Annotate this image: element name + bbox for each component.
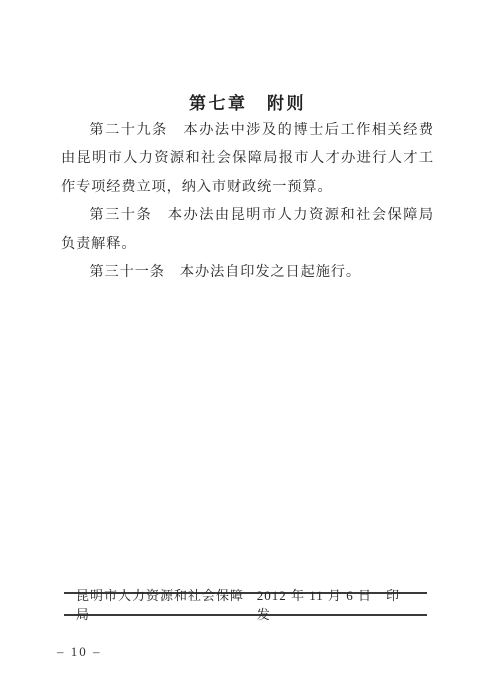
- paragraph-article-30: 第三十条 本办法由昆明市人力资源和社会保障局负责解释。: [61, 201, 434, 258]
- document-body: 第二十九条 本办法中涉及的博士后工作相关经费由昆明市人力资源和社会保障局报市人才…: [61, 116, 434, 286]
- page-number: – 10 –: [57, 644, 102, 660]
- paragraph-article-31: 第三十一条 本办法自印发之日起施行。: [61, 258, 434, 286]
- chapter-title: 第七章 附则: [0, 89, 495, 114]
- issuer-name: 昆明市人力资源和社会保障局: [76, 585, 257, 623]
- document-page: 第七章 附则 第二十九条 本办法中涉及的博士后工作相关经费由昆明市人力资源和社会…: [0, 0, 495, 700]
- issuance-footer: 昆明市人力资源和社会保障局 2012 年 11 月 6 日 印发: [64, 592, 427, 616]
- print-date: 2012 年 11 月 6 日 印发: [257, 585, 413, 623]
- paragraph-article-29: 第二十九条 本办法中涉及的博士后工作相关经费由昆明市人力资源和社会保障局报市人才…: [61, 116, 434, 201]
